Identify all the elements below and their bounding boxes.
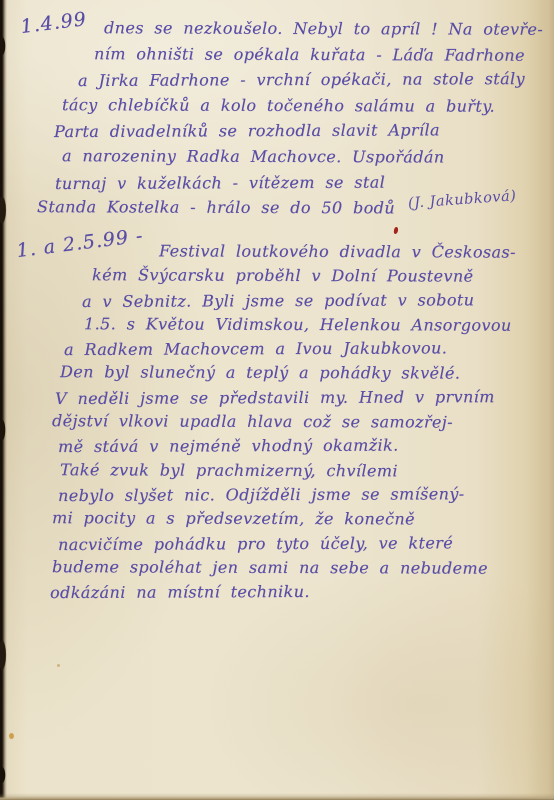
handwritten-line: mě stává v nejméně vhodný okamžik. [58, 433, 533, 459]
handwritten-line: nebylo slyšet nic. Odjížděli jsme se smí… [58, 482, 533, 508]
handwritten-line: a Radkem Machovcem a Ivou Jakubkovou. [64, 336, 533, 362]
handwritten-line: Také zvuk byl prachmizerný, chvílemi [60, 458, 533, 484]
handwritten-line: Festival loutkového divadla v Českosas- [159, 239, 533, 265]
handwritten-line: a narozeniny Radka Machovce. Uspořádán [62, 143, 537, 170]
paper-speck [57, 664, 60, 667]
page-bottom-edge [0, 793, 554, 800]
handwritten-line: nacvičíme pohádku pro tyto účely, ve kte… [58, 531, 533, 557]
handwritten-line: dějství vlkovi upadla hlava což se samoz… [52, 409, 533, 435]
handwritten-line: budeme spoléhat jen sami na sebe a nebud… [52, 555, 533, 581]
journal-page: 1.4.99 dnes se nezkoušelo. Nebyl to aprí… [0, 0, 554, 800]
journal-entry-1999-04-01: 1.4.99 dnes se nezkoušelo. Nebyl to aprí… [22, 16, 537, 221]
handwritten-line: V neděli jsme se představili my. Hned v … [55, 385, 533, 411]
handwritten-line: 1.5. s Květou Vidimskou, Helenkou Ansorg… [84, 312, 533, 338]
handwritten-line: Parta divadelníků se rozhodla slavit Apr… [54, 117, 537, 145]
handwritten-line: a v Sebnitz. Byli jsme se podívat v sobo… [82, 288, 533, 314]
book-binding-edge [0, 0, 7, 800]
handwritten-line: tácy chlebíčků a kolo točeného salámu a … [62, 92, 537, 119]
paper-speck [9, 733, 14, 739]
red-ink-dot [394, 227, 399, 234]
handwritten-line: Den byl slunečný a teplý a pohádky skvěl… [60, 361, 533, 387]
handwritten-line: dnes se nezkoušelo. Nebyl to apríl ! Na … [104, 15, 543, 42]
handwritten-line: ním ohništi se opékala kuřata - Láďa Fad… [94, 41, 537, 68]
handwritten-line: a Jirka Fadrhone - vrchní opékači, na st… [78, 66, 537, 94]
handwritten-line: mi pocity a s předsevzetím, že konečně [52, 506, 533, 532]
journal-entry-1999-05-01-02: 1. a 2.5.99 - Festival loutkového divadl… [18, 240, 533, 604]
entry-date: 1. a 2.5.99 - [15, 225, 144, 262]
handwritten-line: kém Švýcarsku proběhl v Dolní Poustevně [92, 264, 533, 290]
handwritten-line: odkázáni na místní techniku. [50, 579, 533, 605]
entry-date: 1.4.99 [19, 8, 88, 38]
